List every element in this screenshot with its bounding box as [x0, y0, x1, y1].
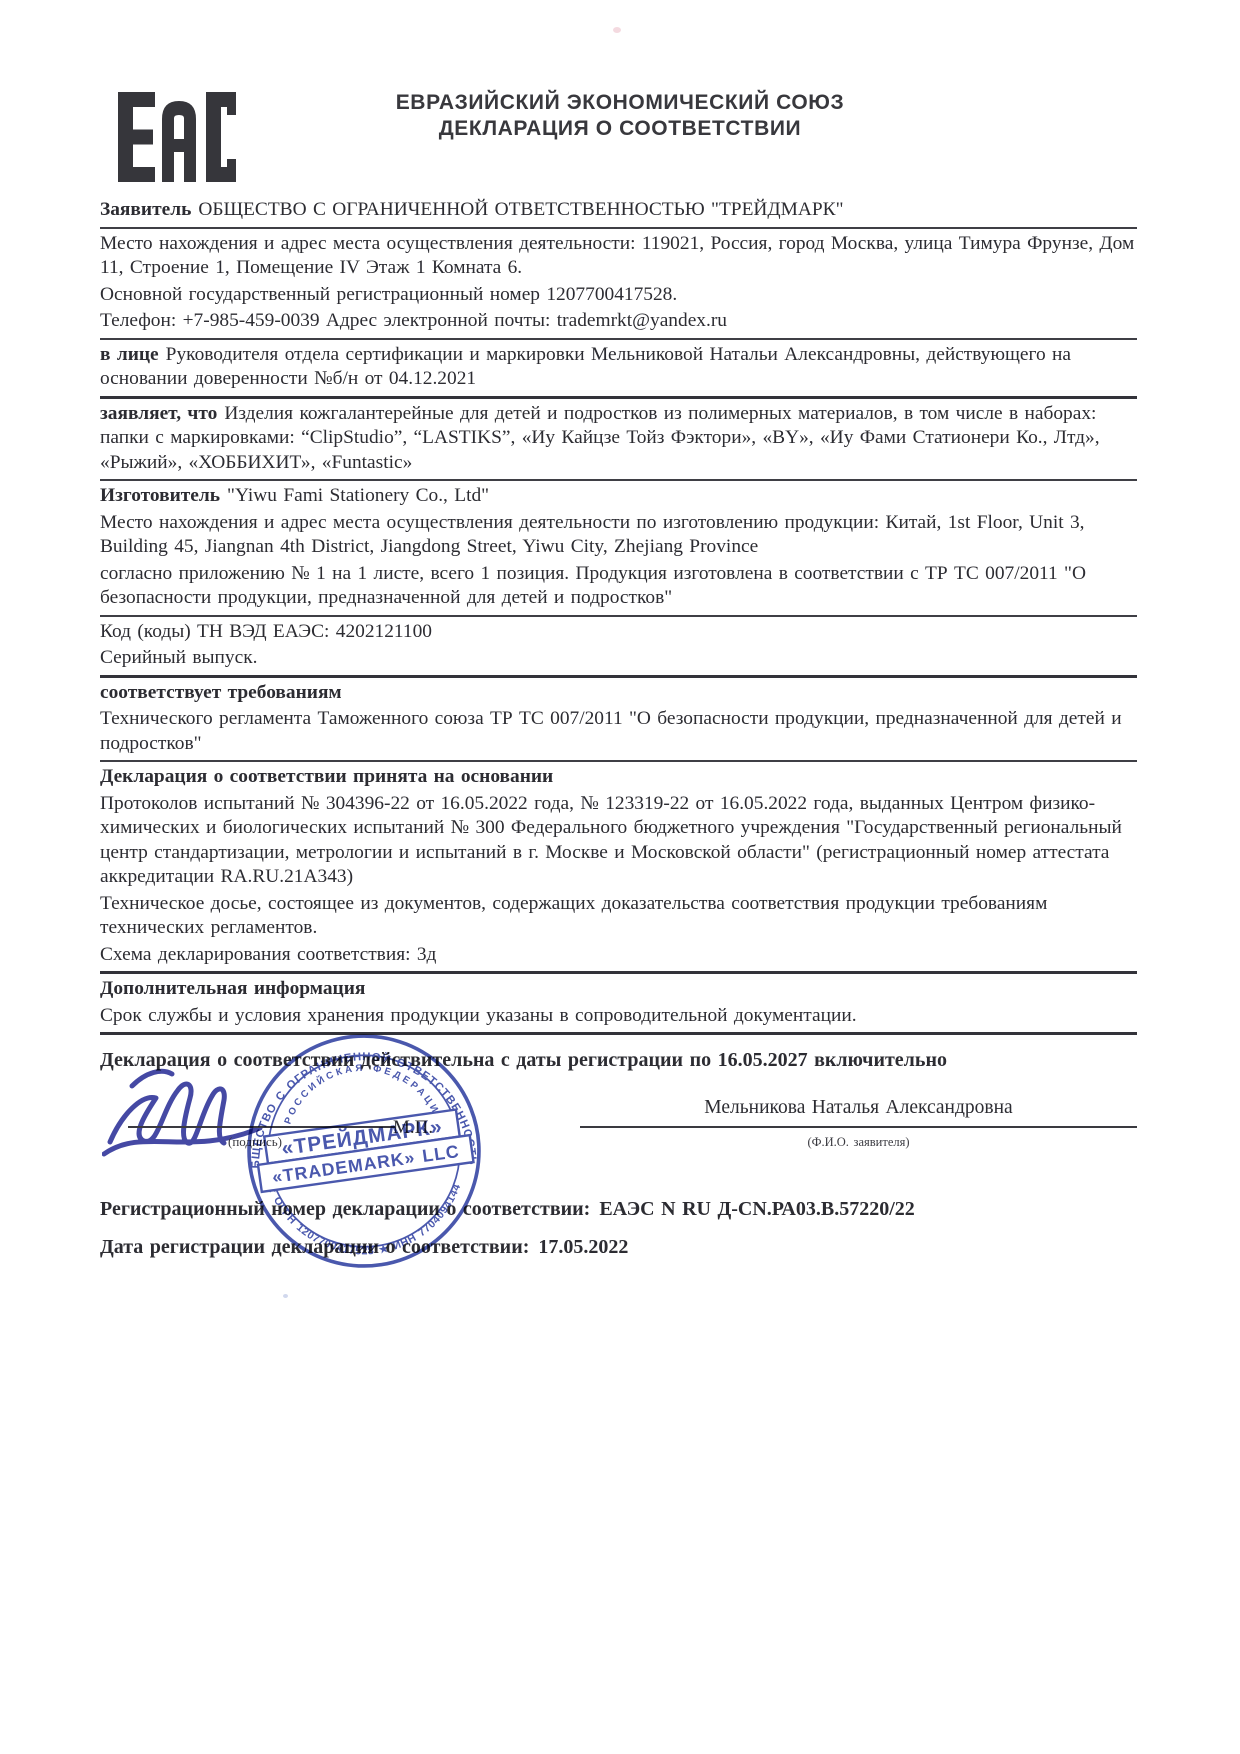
divider [100, 615, 1137, 617]
declaration-document: ЕВРАЗИЙСКИЙ ЭКОНОМИЧЕСКИЙ СОЮЗ ДЕКЛАРАЦИ… [0, 0, 1240, 1754]
applicant-ogrn: Основной государственный регистрационный… [100, 282, 1137, 309]
document-body: ЗаявительОБЩЕСТВО С ОГРАНИЧЕННОЙ ОТВЕТСТ… [100, 197, 1137, 1261]
manufacturer-annex: согласно приложению № 1 на 1 листе, всег… [100, 561, 1137, 612]
document-title: ЕВРАЗИЙСКИЙ ЭКОНОМИЧЕСКИЙ СОЮЗ ДЕКЛАРАЦИ… [0, 90, 1240, 142]
title-line-2: ДЕКЛАРАЦИЯ О СООТВЕТСТВИИ [0, 116, 1240, 142]
registration-number-row: Регистрационный номер декларации о соотв… [100, 1196, 1137, 1223]
applicant-row: ЗаявительОБЩЕСТВО С ОГРАНИЧЕННОЙ ОТВЕТСТ… [100, 197, 1137, 224]
signature-line [128, 1126, 395, 1128]
manufacturer-row: Изготовитель"Yiwu Fami Stationery Co., L… [100, 483, 1137, 510]
divider [100, 338, 1137, 340]
divider [100, 971, 1137, 974]
representative-text: Руководителя отдела сертификации и марки… [100, 344, 1071, 390]
representative-row: в лицеРуководителя отдела сертификации и… [100, 342, 1137, 393]
applicant-phone: Телефон: +7-985-459-0039 Адрес электронн… [100, 308, 1137, 335]
registration-date-label: Дата регистрации декларации о соответств… [100, 1236, 529, 1258]
basis-protocols: Протоколов испытаний № 304396-22 от 16.0… [100, 791, 1137, 891]
registration-number-value: ЕАЭС N RU Д-CN.РА03.В.57220/22 [599, 1198, 914, 1220]
additional-heading: Дополнительная информация [100, 976, 1137, 1003]
declaration-row: заявляет, чтоИзделия кожгалантерейные дл… [100, 401, 1137, 477]
compliance-heading: соответствует требованиям [100, 680, 1137, 707]
divider [100, 1032, 1137, 1035]
basis-dossier: Техническое досье, состоящее из документ… [100, 891, 1137, 942]
stamp-place-label: М.П. [393, 1116, 433, 1141]
scan-speck [283, 1294, 288, 1298]
signature-block: (подпись) М.П. Мельникова Наталья Алекса… [100, 1080, 1137, 1176]
scan-speck [613, 27, 621, 33]
divider [100, 675, 1137, 678]
basis-scheme: Схема декларирования соответствия: 3д [100, 942, 1137, 969]
representative-label: в лице [100, 344, 159, 365]
registration-number-label: Регистрационный номер декларации о соотв… [100, 1198, 590, 1220]
registration-date-value: 17.05.2022 [538, 1236, 628, 1258]
applicant-address: Место нахождения и адрес места осуществл… [100, 231, 1137, 282]
signature-caption: (подпись) [180, 1130, 330, 1155]
serial-release: Серийный выпуск. [100, 645, 1137, 672]
declaration-text: Изделия кожгалантерейные для детей и под… [100, 403, 1100, 473]
divider [100, 479, 1137, 481]
fio-line [580, 1126, 1137, 1128]
manufacturer-address: Место нахождения и адрес места осуществл… [100, 510, 1137, 561]
divider [100, 760, 1137, 762]
divider [100, 396, 1137, 399]
declarant-fio: Мельникова Наталья Александровна [580, 1096, 1137, 1121]
registration-date-row: Дата регистрации декларации о соответств… [100, 1234, 1137, 1261]
declaration-label: заявляет, что [100, 403, 217, 424]
divider [100, 227, 1137, 229]
title-line-1: ЕВРАЗИЙСКИЙ ЭКОНОМИЧЕСКИЙ СОЮЗ [0, 90, 1240, 116]
manufacturer-label: Изготовитель [100, 485, 220, 506]
applicant-name: ОБЩЕСТВО С ОГРАНИЧЕННОЙ ОТВЕТСТВЕННОСТЬЮ… [198, 199, 843, 220]
additional-text: Срок службы и условия хранения продукции… [100, 1003, 1137, 1030]
basis-heading: Декларация о соответствии принята на осн… [100, 764, 1137, 791]
tnved-code: Код (коды) ТН ВЭД ЕАЭС: 4202121100 [100, 619, 1137, 646]
compliance-text: Технического регламента Таможенного союз… [100, 706, 1137, 757]
manufacturer-name: "Yiwu Fami Stationery Co., Ltd" [227, 485, 489, 506]
fio-caption: (Ф.И.О. заявителя) [580, 1130, 1137, 1155]
applicant-label: Заявитель [100, 199, 191, 220]
